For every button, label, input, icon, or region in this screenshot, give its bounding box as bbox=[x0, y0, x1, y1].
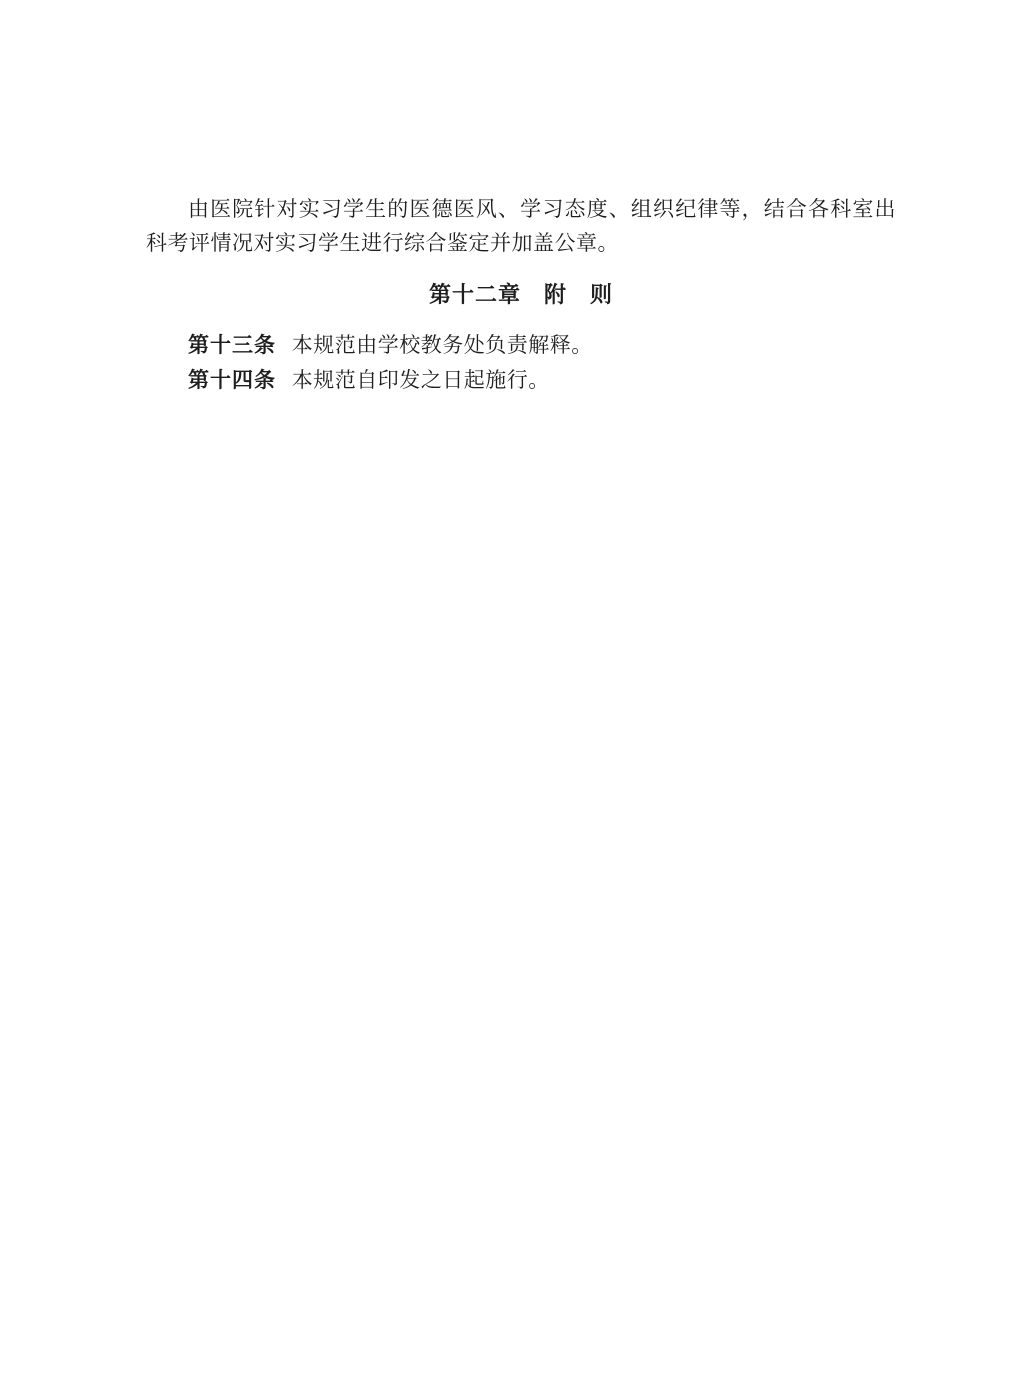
document-page: 由医院针对实习学生的医德医风、学习态度、组织纪律等，结合各科室出科考评情况对实习… bbox=[0, 0, 1024, 1379]
article-text: 本规范自印发之日起施行。 bbox=[292, 368, 550, 392]
article-item: 第十四条本规范自印发之日起施行。 bbox=[146, 363, 896, 398]
article-number: 第十四条 bbox=[188, 369, 276, 392]
body-paragraph: 由医院针对实习学生的医德医风、学习态度、组织纪律等，结合各科室出科考评情况对实习… bbox=[146, 192, 896, 260]
chapter-heading: 第十二章 附 则 bbox=[146, 278, 896, 312]
article-number: 第十三条 bbox=[188, 334, 276, 357]
document-content: 由医院针对实习学生的医德医风、学习态度、组织纪律等，结合各科室出科考评情况对实习… bbox=[146, 192, 896, 398]
article-item: 第十三条本规范由学校教务处负责解释。 bbox=[146, 328, 896, 363]
article-text: 本规范由学校教务处负责解释。 bbox=[292, 333, 593, 357]
